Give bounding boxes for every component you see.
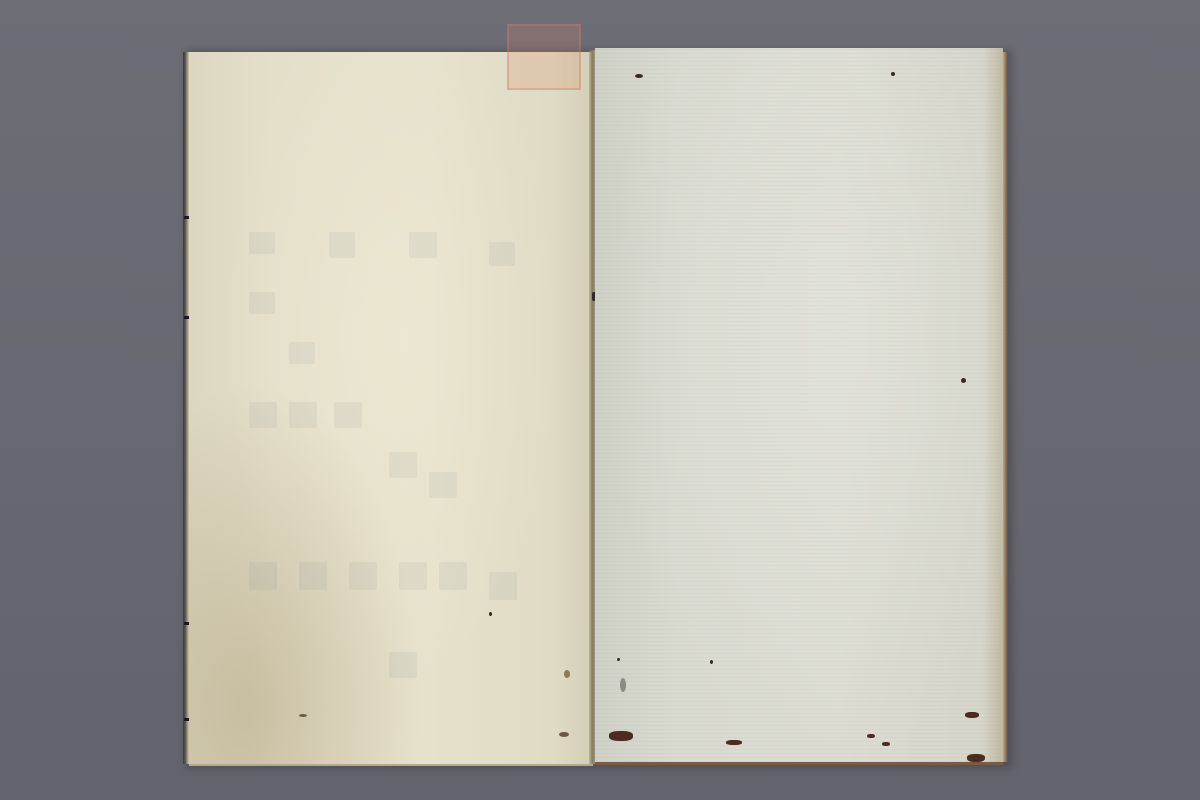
wormhole [635,74,643,78]
bleed-through-text [299,562,327,590]
bleed-through-text [399,562,427,590]
edge-damage [882,742,890,746]
edge-damage [609,731,633,741]
wormhole [710,660,713,664]
bleed-through-text [349,562,377,590]
bleed-through-text [389,652,417,678]
stain [299,714,307,717]
wormhole [891,72,895,76]
bleed-through-text [389,452,417,478]
bleed-through-text [249,402,277,428]
open-book: 図書 番 82 30 [183,46,1008,764]
page-edge [1003,52,1008,762]
bleed-through-text [249,232,275,254]
bleed-through-text [249,292,275,314]
bleed-through-stamp [507,24,581,90]
bleed-through-text [289,402,317,428]
bleed-through-text [289,342,315,364]
bleed-through-text [429,472,457,498]
stain [620,678,626,692]
bleed-through-text [489,572,517,600]
bleed-through-text [409,232,437,258]
edge-damage [967,754,985,762]
bleed-through-text [489,242,515,266]
wormhole [617,658,620,661]
bleed-through-text [329,232,355,258]
edge-damage [726,740,742,745]
stain [564,670,570,678]
right-page: 図書 番 82 30 [595,48,1003,765]
edge-damage [867,734,875,738]
bleed-through-text [334,402,362,428]
left-page [189,52,593,766]
ink-spot [489,612,492,616]
bleed-through-text [249,562,277,590]
wormhole [961,378,966,383]
edge-damage [965,712,979,718]
stain [559,732,569,737]
bleed-through-text [439,562,467,590]
